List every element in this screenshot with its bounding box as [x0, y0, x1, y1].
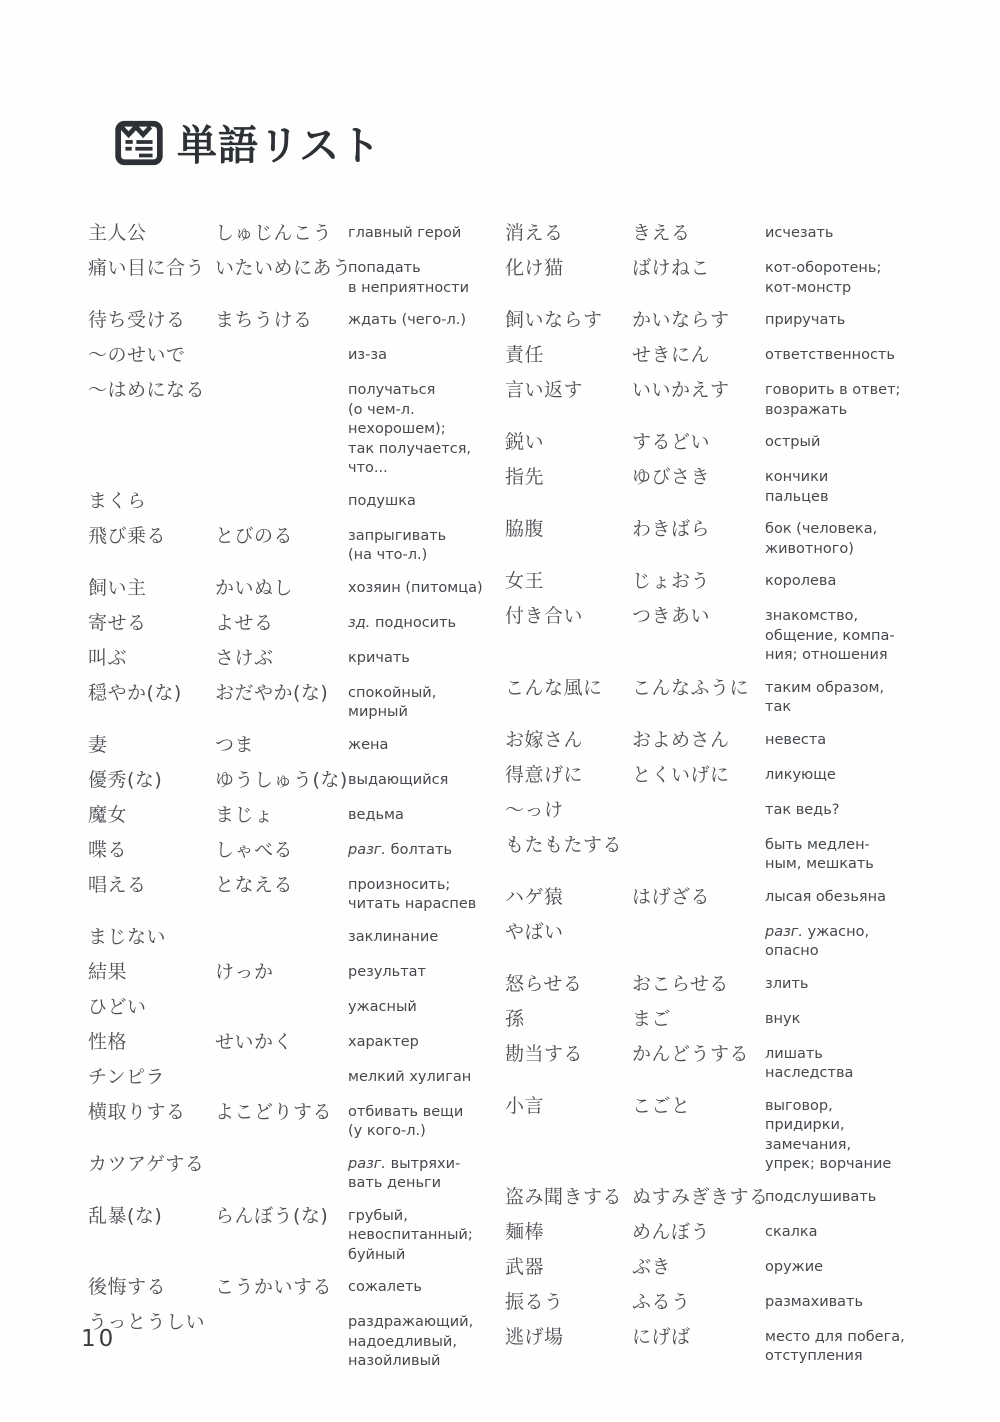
kana-reading: けっか	[215, 960, 348, 985]
vocab-row: 喋るしゃべるразг. болтать	[88, 838, 492, 863]
vocab-row: 唱えるとなえるпроизносить; читать нараспев	[88, 873, 492, 915]
page-number: 10	[81, 1326, 116, 1352]
russian-translation: королева	[765, 569, 917, 592]
kana-reading: まご	[632, 1007, 765, 1032]
kana-reading: いいかえす	[632, 378, 765, 403]
vocab-row: まくらподушка	[88, 489, 492, 514]
japanese-term: 孫	[505, 1007, 632, 1032]
kana-reading: にげば	[632, 1325, 765, 1350]
vocab-row: 穏やか(な)おだやか(な)спокойный, мирный	[88, 681, 492, 723]
russian-translation: знакомство, общение, компа- ния; отношен…	[765, 604, 917, 666]
vocab-row: 鋭いするどいострый	[505, 430, 917, 455]
japanese-term: やばい	[505, 920, 632, 945]
kana-reading: つま	[215, 733, 348, 758]
russian-translation: разг. вытряхи- вать деньги	[348, 1152, 492, 1194]
japanese-term: 性格	[88, 1030, 215, 1055]
japanese-term: 盗み聞きする	[505, 1185, 632, 1210]
russian-translation: зд. подносить	[348, 611, 492, 634]
russian-translation: спокойный, мирный	[348, 681, 492, 723]
kana-reading: ばけねこ	[632, 256, 765, 281]
vocab-row: 後悔するこうかいするсожалеть	[88, 1275, 492, 1300]
russian-translation: получаться (о чем-л. нехорошем); так пол…	[348, 378, 492, 479]
vocab-row: 責任せきにんответственность	[505, 343, 917, 368]
russian-translation: грубый, невоспитанный; буйный	[348, 1204, 492, 1266]
vocab-row: 結果けっかрезультат	[88, 960, 492, 985]
kana-reading: しゅじんこう	[215, 221, 348, 246]
vocab-row: 飼いならすかいならすприручать	[505, 308, 917, 333]
russian-translation: лишать наследства	[765, 1042, 917, 1084]
page-header: 単語リスト	[114, 114, 381, 171]
kana-reading: こんなふうに	[632, 676, 765, 701]
usage-marker: зд.	[348, 615, 375, 631]
kana-reading: となえる	[215, 873, 348, 898]
japanese-term: 消える	[505, 221, 632, 246]
usage-marker: разг.	[765, 924, 808, 940]
japanese-term: カツアゲする	[88, 1152, 215, 1177]
russian-translation: оружие	[765, 1255, 917, 1278]
russian-translation: кончики пальцев	[765, 465, 917, 507]
kana-reading: めんぼう	[632, 1220, 765, 1245]
vocab-row: ひどいужасный	[88, 995, 492, 1020]
japanese-term: 振るう	[505, 1290, 632, 1315]
kana-reading: よせる	[215, 611, 348, 636]
russian-translation: мелкий хулиган	[348, 1065, 492, 1088]
kana-reading: かいならす	[632, 308, 765, 333]
vocab-row: 待ち受けるまちうけるждать (чего-л.)	[88, 308, 492, 333]
kana-reading: はげざる	[632, 885, 765, 910]
japanese-term: 叫ぶ	[88, 646, 215, 671]
japanese-term: もたもたする	[505, 833, 632, 858]
scanned-textbook-page: 単語リスト 主人公しゅじんこうглавный герой痛い目に合ういたいめにあ…	[0, 0, 1000, 1422]
russian-translation: так ведь?	[765, 798, 917, 821]
japanese-term: 言い返す	[505, 378, 632, 403]
kana-reading: こごと	[632, 1094, 765, 1119]
russian-translation: главный герой	[348, 221, 492, 244]
japanese-term: 〜っけ	[505, 798, 632, 823]
vocab-row: 指先ゆびさきкончики пальцев	[505, 465, 917, 507]
japanese-term: 飛び乗る	[88, 524, 215, 549]
vocab-row: 消えるきえるисчезать	[505, 221, 917, 246]
kana-reading: さけぶ	[215, 646, 348, 671]
kana-reading: らんぼう(な)	[215, 1204, 348, 1229]
word-list-icon	[114, 118, 164, 168]
vocab-row: 〜はめになるполучаться (о чем-л. нехорошем); т…	[88, 378, 492, 479]
russian-translation: злить	[765, 972, 917, 995]
russian-translation: подушка	[348, 489, 492, 512]
russian-translation: выговор, придирки, замечания, упрек; вор…	[765, 1094, 917, 1175]
vocab-row: やばいразг. ужасно, опасно	[505, 920, 917, 962]
japanese-term: 得意げに	[505, 763, 632, 788]
russian-translation: ответственность	[765, 343, 917, 366]
japanese-term: 逃げ場	[505, 1325, 632, 1350]
japanese-term: 脇腹	[505, 517, 632, 542]
usage-marker: разг.	[348, 842, 391, 858]
japanese-term: 〜のせいで	[88, 343, 215, 368]
vocab-row: 痛い目に合ういたいめにあうпопадать в неприятности	[88, 256, 492, 298]
russian-translation: быть медлен- ным, мешкать	[765, 833, 917, 875]
japanese-term: 穏やか(な)	[88, 681, 215, 706]
japanese-term: 乱暴(な)	[88, 1204, 215, 1229]
russian-translation: ждать (чего-л.)	[348, 308, 492, 331]
japanese-term: 妻	[88, 733, 215, 758]
russian-translation: результат	[348, 960, 492, 983]
page-title: 単語リスト	[177, 113, 381, 171]
vocab-row: 化け猫ばけねこкот-оборотень; кот-монстр	[505, 256, 917, 298]
russian-translation: жена	[348, 733, 492, 756]
russian-translation: разг. болтать	[348, 838, 492, 861]
kana-reading: せきにん	[632, 343, 765, 368]
kana-reading: かいぬし	[215, 576, 348, 601]
vocab-row: 武器ぶきоружие	[505, 1255, 917, 1280]
russian-translation: место для побега, отступления	[765, 1325, 917, 1367]
japanese-term: 優秀(な)	[88, 768, 215, 793]
russian-translation: говорить в ответ; возражать	[765, 378, 917, 420]
vocab-row: 妻つまжена	[88, 733, 492, 758]
russian-translation: кот-оборотень; кот-монстр	[765, 256, 917, 298]
japanese-term: 結果	[88, 960, 215, 985]
vocab-row: 乱暴(な)らんぼう(な)грубый, невоспитанный; буйны…	[88, 1204, 492, 1266]
japanese-term: まじない	[88, 925, 215, 950]
vocab-row: 脇腹わきばらбок (человека, животного)	[505, 517, 917, 559]
russian-translation: невеста	[765, 728, 917, 751]
japanese-term: こんな風に	[505, 676, 632, 701]
kana-reading: とくいげに	[632, 763, 765, 788]
russian-translation: таким образом, так	[765, 676, 917, 718]
russian-translation: размахивать	[765, 1290, 917, 1313]
vocab-row: 麺棒めんぼうскалка	[505, 1220, 917, 1245]
russian-translation: бок (человека, животного)	[765, 517, 917, 559]
russian-translation: исчезать	[765, 221, 917, 244]
japanese-term: 勘当する	[505, 1042, 632, 1067]
vocab-row: カツアゲするразг. вытряхи- вать деньги	[88, 1152, 492, 1194]
japanese-term: 痛い目に合う	[88, 256, 215, 281]
japanese-term: 麺棒	[505, 1220, 632, 1245]
kana-reading: しゃべる	[215, 838, 348, 863]
kana-reading: とびのる	[215, 524, 348, 549]
russian-translation: раздражающий, надоедливый, назойливый	[348, 1310, 492, 1372]
russian-translation: характер	[348, 1030, 492, 1053]
kana-reading: するどい	[632, 430, 765, 455]
russian-translation: подслушивать	[765, 1185, 917, 1208]
japanese-term: 指先	[505, 465, 632, 490]
russian-translation: попадать в неприятности	[348, 256, 492, 298]
kana-reading: せいかく	[215, 1030, 348, 1055]
vocab-row: 優秀(な)ゆうしゅう(な)выдающийся	[88, 768, 492, 793]
russian-translation: хозяин (питомца)	[348, 576, 492, 599]
japanese-term: 女王	[505, 569, 632, 594]
kana-reading: まちうける	[215, 308, 348, 333]
vocab-row: 〜のせいでиз-за	[88, 343, 492, 368]
vocab-row: 怒らせるおこらせるзлить	[505, 972, 917, 997]
japanese-term: 後悔する	[88, 1275, 215, 1300]
japanese-term: お嫁さん	[505, 728, 632, 753]
kana-reading: わきばら	[632, 517, 765, 542]
vocab-row: 主人公しゅじんこうглавный герой	[88, 221, 492, 246]
japanese-term: 武器	[505, 1255, 632, 1280]
kana-reading: つきあい	[632, 604, 765, 629]
russian-translation: ведьма	[348, 803, 492, 826]
usage-marker: разг.	[348, 1156, 391, 1172]
vocab-column-right: 消えるきえるисчезать化け猫ばけねこкот-оборотень; кот-…	[505, 221, 917, 1377]
vocab-row: 横取りするよこどりするотбивать вещи (у кого-л.)	[88, 1100, 492, 1142]
japanese-term: 飼いならす	[505, 308, 632, 333]
japanese-term: 寄せる	[88, 611, 215, 636]
vocab-row: まじないзаклинание	[88, 925, 492, 950]
japanese-term: 化け猫	[505, 256, 632, 281]
russian-translation: лысая обезьяна	[765, 885, 917, 908]
kana-reading: ゆびさき	[632, 465, 765, 490]
vocab-row: こんな風にこんなふうにтаким образом, так	[505, 676, 917, 718]
kana-reading: ぶき	[632, 1255, 765, 1280]
japanese-term: 喋る	[88, 838, 215, 863]
vocab-row: 孫まごвнук	[505, 1007, 917, 1032]
russian-translation: приручать	[765, 308, 917, 331]
russian-translation: отбивать вещи (у кого-л.)	[348, 1100, 492, 1142]
vocab-row: 小言こごとвыговор, придирки, замечания, упрек…	[505, 1094, 917, 1175]
vocab-row: お嫁さんおよめさんневеста	[505, 728, 917, 753]
russian-translation: скалка	[765, 1220, 917, 1243]
japanese-term: チンピラ	[88, 1065, 215, 1090]
russian-translation: из-за	[348, 343, 492, 366]
vocab-row: 盗み聞きするぬすみぎきするподслушивать	[505, 1185, 917, 1210]
russian-translation: ликующе	[765, 763, 917, 786]
vocab-row: 勘当するかんどうするлишать наследства	[505, 1042, 917, 1084]
kana-reading: おだやか(な)	[215, 681, 348, 706]
japanese-term: ハゲ猿	[505, 885, 632, 910]
vocab-row: 付き合いつきあいзнакомство, общение, компа- ния;…	[505, 604, 917, 666]
japanese-term: 魔女	[88, 803, 215, 828]
vocab-row: 魔女まじょведьма	[88, 803, 492, 828]
kana-reading: よこどりする	[215, 1100, 348, 1125]
vocab-row: 振るうふるうразмахивать	[505, 1290, 917, 1315]
kana-reading: こうかいする	[215, 1275, 348, 1300]
vocab-row: 女王じょおうкоролева	[505, 569, 917, 594]
vocab-row: 寄せるよせるзд. подносить	[88, 611, 492, 636]
japanese-term: 付き合い	[505, 604, 632, 629]
russian-translation: острый	[765, 430, 917, 453]
vocab-row: うっとうしいраздражающий, надоедливый, назойли…	[88, 1310, 492, 1372]
japanese-term: ひどい	[88, 995, 215, 1020]
vocab-row: チンピラмелкий хулиган	[88, 1065, 492, 1090]
russian-translation: сожалеть	[348, 1275, 492, 1298]
japanese-term: まくら	[88, 489, 215, 514]
vocab-row: 飼い主かいぬしхозяин (питомца)	[88, 576, 492, 601]
vocab-row: もたもたするбыть медлен- ным, мешкать	[505, 833, 917, 875]
kana-reading: じょおう	[632, 569, 765, 594]
vocab-row: ハゲ猿はげざるлысая обезьяна	[505, 885, 917, 910]
russian-translation: произносить; читать нараспев	[348, 873, 492, 915]
japanese-term: 主人公	[88, 221, 215, 246]
vocab-row: 叫ぶさけぶкричать	[88, 646, 492, 671]
japanese-term: 〜はめになる	[88, 378, 215, 403]
kana-reading: ふるう	[632, 1290, 765, 1315]
russian-translation: заклинание	[348, 925, 492, 948]
russian-translation: выдающийся	[348, 768, 492, 791]
kana-reading: きえる	[632, 221, 765, 246]
japanese-term: 怒らせる	[505, 972, 632, 997]
japanese-term: 責任	[505, 343, 632, 368]
kana-reading: おこらせる	[632, 972, 765, 997]
russian-translation: разг. ужасно, опасно	[765, 920, 917, 962]
kana-reading: いたいめにあう	[215, 256, 348, 281]
kana-reading: ぬすみぎきする	[632, 1185, 765, 1210]
kana-reading: かんどうする	[632, 1042, 765, 1067]
vocab-row: 逃げ場にげばместо для побега, отступления	[505, 1325, 917, 1367]
vocab-row: 得意げにとくいげにликующе	[505, 763, 917, 788]
russian-translation: запрыгивать (на что-л.)	[348, 524, 492, 566]
kana-reading: まじょ	[215, 803, 348, 828]
russian-translation: кричать	[348, 646, 492, 669]
russian-translation: внук	[765, 1007, 917, 1030]
japanese-term: 鋭い	[505, 430, 632, 455]
japanese-term: 横取りする	[88, 1100, 215, 1125]
vocab-column-left: 主人公しゅじんこうглавный герой痛い目に合ういたいめにあうпопад…	[88, 221, 492, 1382]
kana-reading: ゆうしゅう(な)	[215, 768, 348, 793]
vocab-row: 飛び乗るとびのるзапрыгивать (на что-л.)	[88, 524, 492, 566]
vocab-row: 言い返すいいかえすговорить в ответ; возражать	[505, 378, 917, 420]
russian-translation: ужасный	[348, 995, 492, 1018]
japanese-term: 唱える	[88, 873, 215, 898]
kana-reading: およめさん	[632, 728, 765, 753]
japanese-term: 飼い主	[88, 576, 215, 601]
vocab-row: 〜っけтак ведь?	[505, 798, 917, 823]
japanese-term: 小言	[505, 1094, 632, 1119]
vocab-row: 性格せいかくхарактер	[88, 1030, 492, 1055]
japanese-term: 待ち受ける	[88, 308, 215, 333]
